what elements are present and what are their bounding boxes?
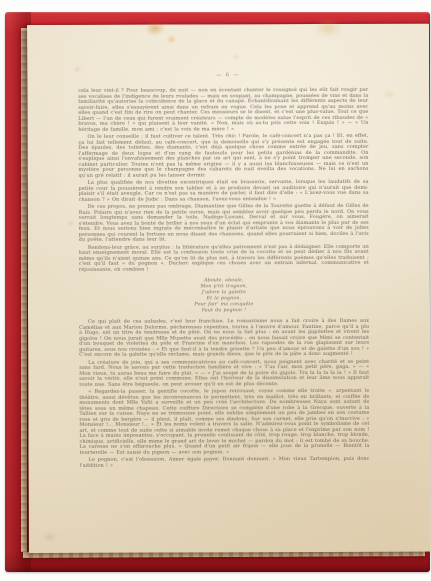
book-page: — 6 — cela leur vint-il ? Pour beaucoup,… bbox=[27, 24, 431, 553]
page-deckle-edge-left bbox=[21, 28, 27, 552]
paragraph: « Regardez-la passer, la gentille cocott… bbox=[79, 389, 369, 456]
book-photo: — 6 — cela leur vint-il ? Pour beaucoup,… bbox=[0, 0, 431, 581]
foxing-stain bbox=[145, 22, 165, 36]
foxing-stain bbox=[167, 35, 176, 43]
paragraph: On le leur conseille ; il faut cultiver … bbox=[78, 134, 368, 179]
song-verse: Aboule, aboule, Mon p'tit trognon, J'ado… bbox=[79, 278, 369, 315]
foxing-stain bbox=[43, 533, 57, 541]
foxing-stain bbox=[233, 54, 239, 59]
foxing-stain bbox=[68, 221, 74, 226]
paragraph: Ce qui plaît de ces aubades, c'est leur … bbox=[79, 319, 369, 359]
paragraph: La plus qualifiée de nos divettes excent… bbox=[79, 180, 369, 203]
paragraph: cela leur vint-il ? Pour beaucoup, de nu… bbox=[78, 88, 368, 133]
body-text: cela leur vint-il ? Pour beaucoup, de nu… bbox=[78, 88, 369, 471]
paragraph: La créature de joie, qui a ses communica… bbox=[79, 359, 369, 388]
verse-line: Faut du pognon ! bbox=[79, 308, 369, 315]
foxing-stain bbox=[74, 67, 80, 72]
paragraph: Rendons-leur grâce, au surplus : la litt… bbox=[79, 244, 369, 273]
paragraph: Le pognon, c'est l'obsession. Aimer égal… bbox=[80, 457, 370, 469]
page-number: — 6 — bbox=[27, 72, 429, 79]
paragraph: De ces propos, ne prenez pas ombrage, Di… bbox=[79, 204, 369, 244]
foxing-stain bbox=[383, 90, 395, 99]
